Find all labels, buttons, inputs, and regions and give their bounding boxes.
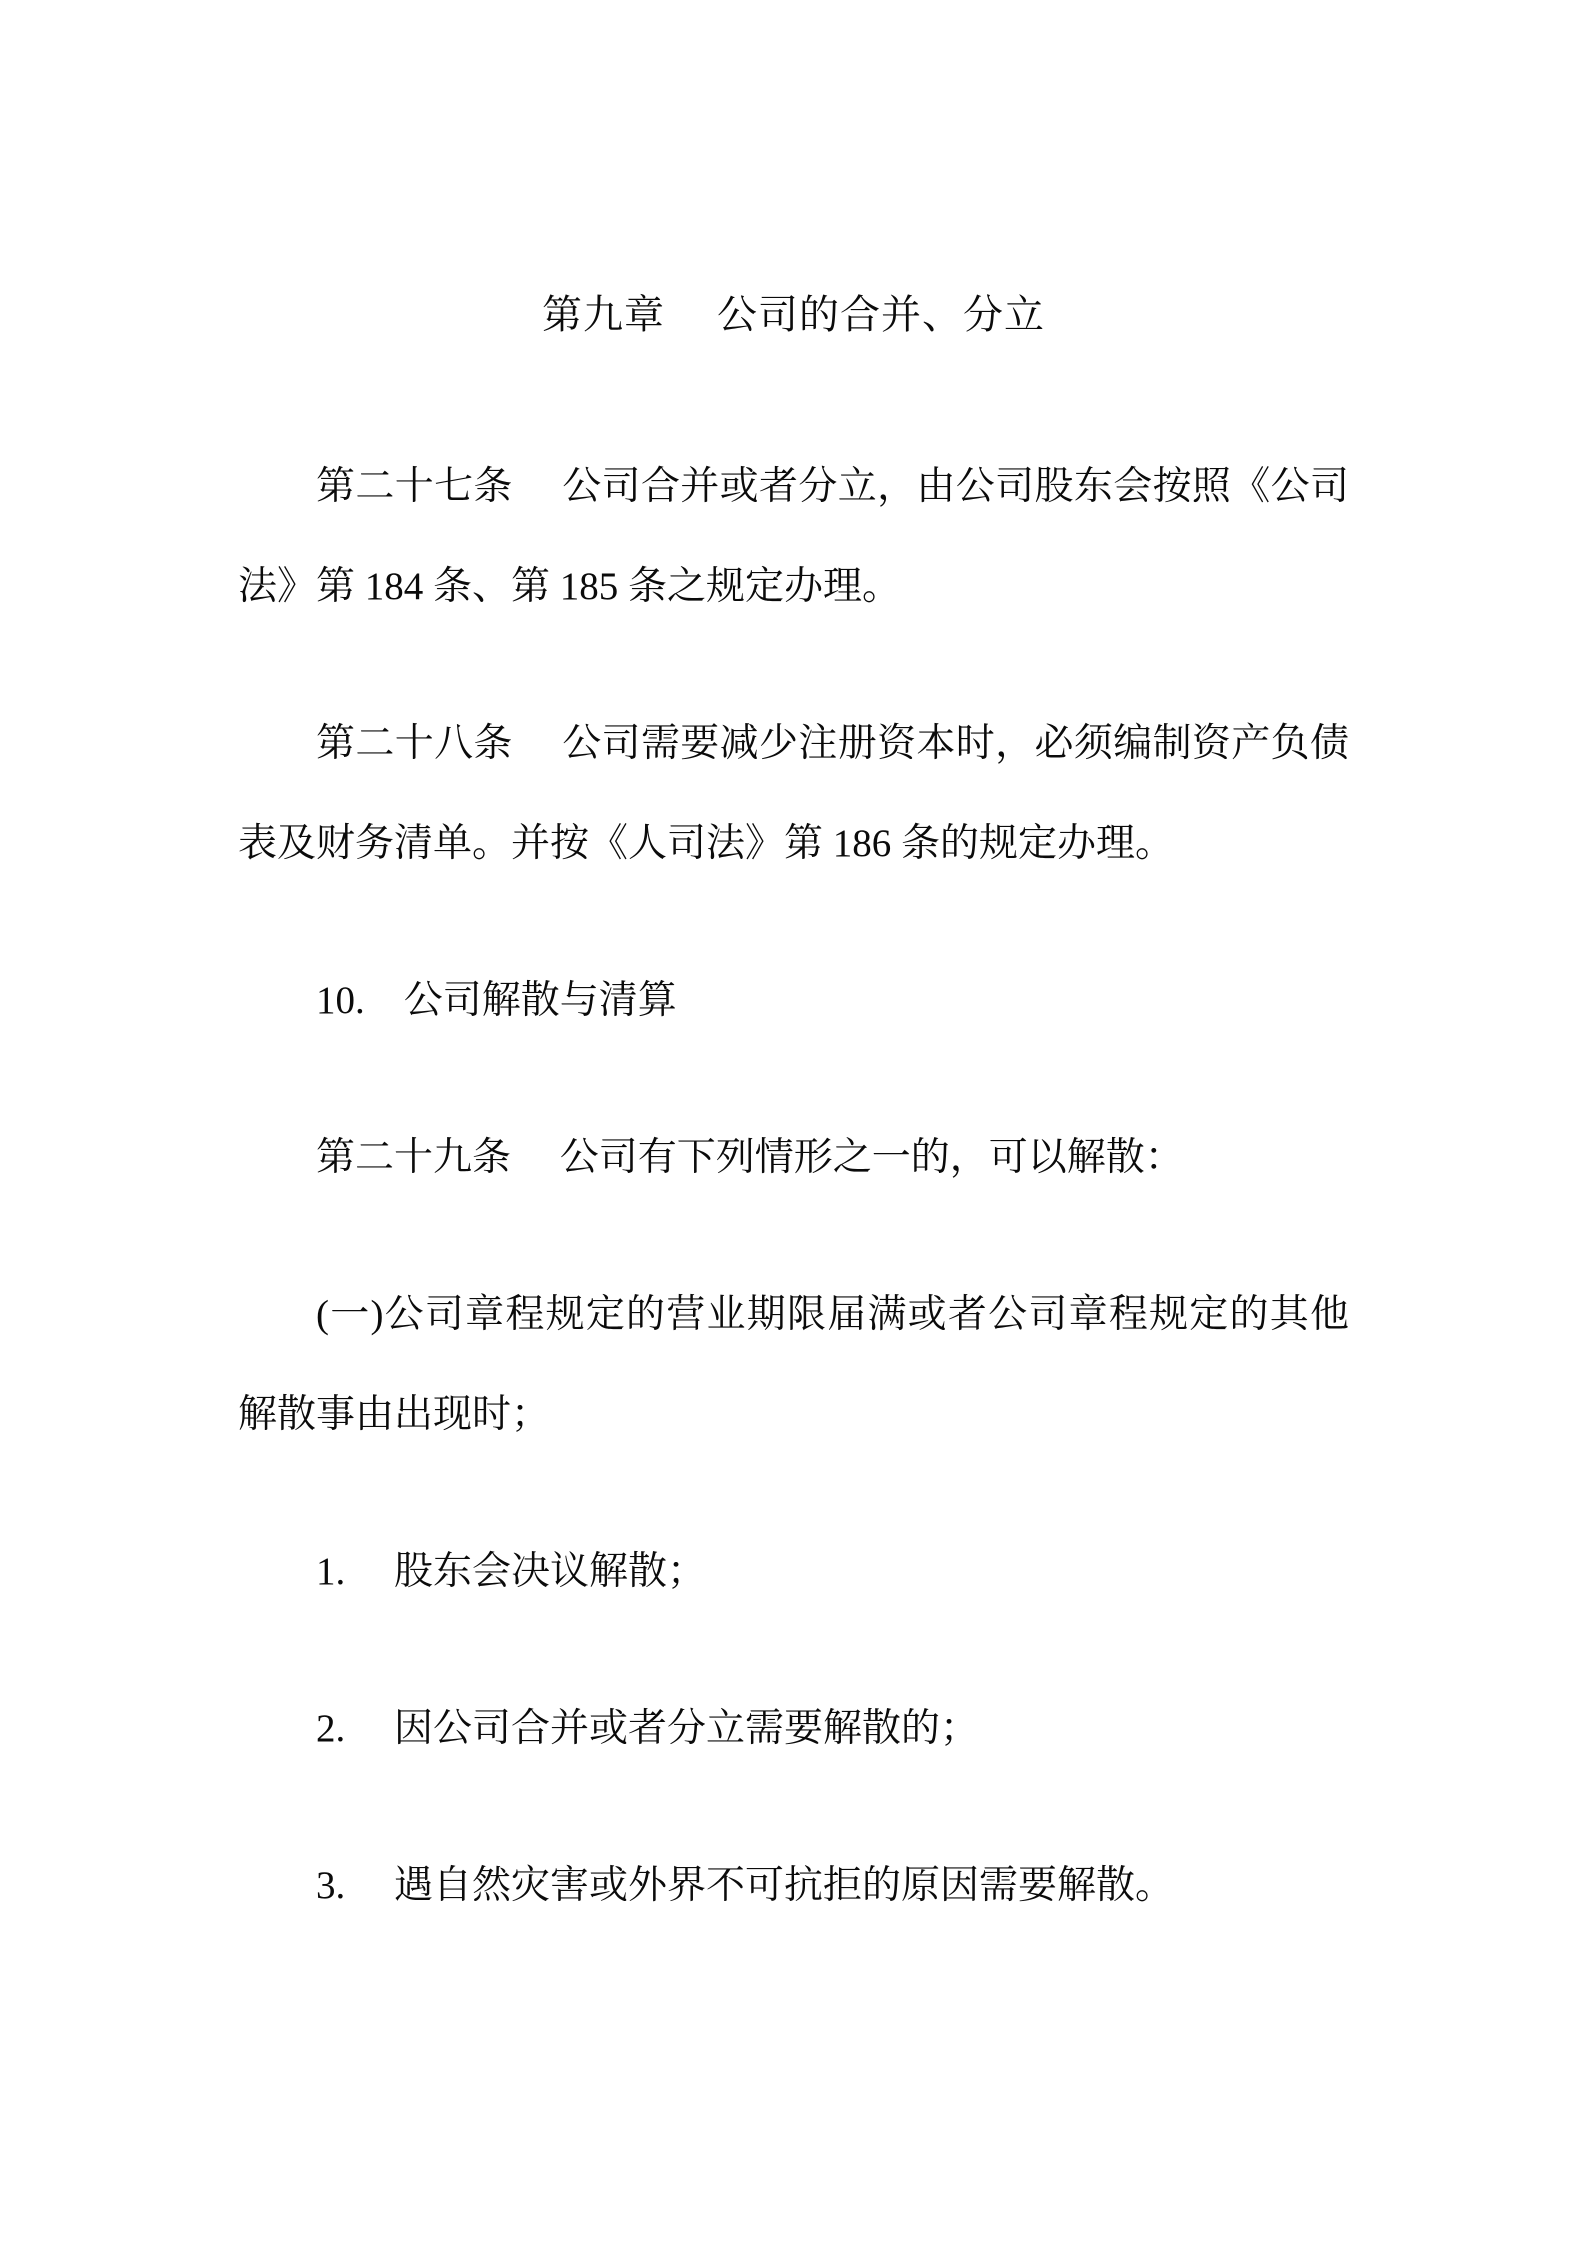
- list-item-1: 1. 股东会决议解散；: [238, 1522, 1349, 1622]
- list-item-2: 2. 因公司合并或者分立需要解散的；: [238, 1679, 1349, 1779]
- article-29-paragraph: 第二十九条 公司有下列情形之一的，可以解散：: [238, 1108, 1349, 1208]
- article-28-paragraph: 第二十八条 公司需要减少注册资本时，必须编制资产负债表及财务清单。并按《人司法》…: [238, 694, 1349, 894]
- clause-one-paragraph: (一)公司章程规定的营业期限届满或者公司章程规定的其他解散事由出现时；: [238, 1265, 1349, 1465]
- list-item-3: 3. 遇自然灾害或外界不可抗拒的原因需要解散。: [238, 1836, 1349, 1936]
- document-page: 第九章 公司的合并、分立 第二十七条 公司合并或者分立，由公司股东会按照《公司法…: [0, 0, 1587, 2245]
- article-27-paragraph: 第二十七条 公司合并或者分立，由公司股东会按照《公司法》第 184 条、第 18…: [238, 437, 1349, 637]
- chapter-title: 第九章 公司的合并、分立: [238, 265, 1349, 365]
- section-10-heading: 10. 公司解散与清算: [238, 951, 1349, 1051]
